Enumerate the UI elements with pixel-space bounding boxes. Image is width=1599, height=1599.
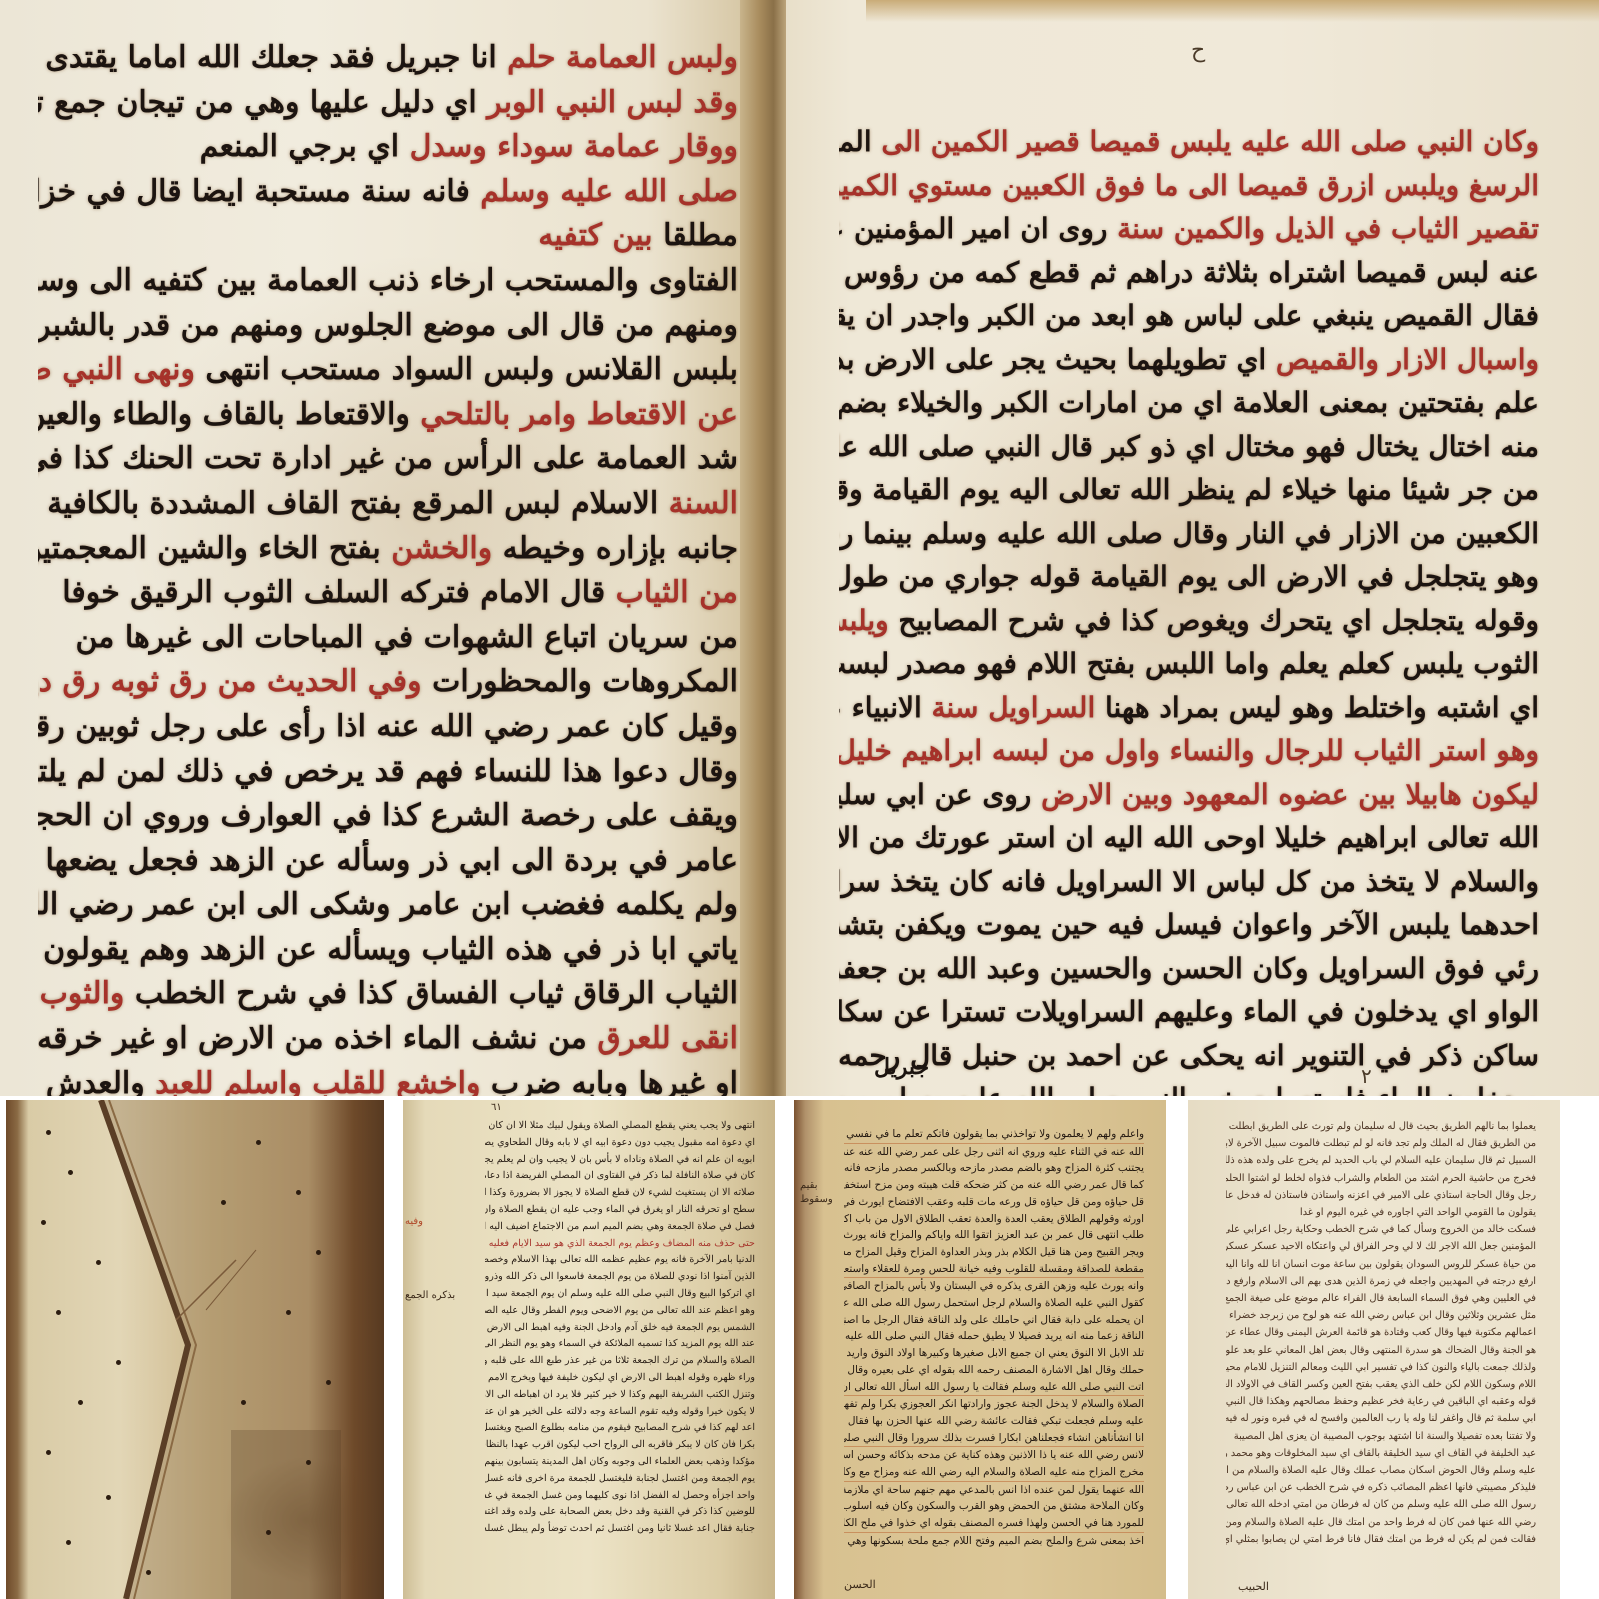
text-line: السبيل ثم قال سليمان عليه السلام لي باب …	[1226, 1152, 1536, 1169]
text-line: عامر في بردة الى ابي ذر وسأله عن الزهد ف…	[38, 839, 738, 884]
wormhole	[96, 1260, 101, 1265]
text-line: الثياب الرقاق ثياب الفساق كذا في شرح الخ…	[38, 972, 738, 1017]
text-line: الواو اي يدخلون في الماء وعليهم السراويل…	[839, 990, 1539, 1034]
text-line: الذين آمنوا اذا نودي للصلاة من يوم الجمع…	[485, 1269, 755, 1286]
text-line: ويجر القبيح ومن هنا قيل الكلام بذر وبذر …	[844, 1244, 1144, 1261]
margin-note: بذكره الجمع	[405, 1290, 455, 1301]
right-page: ح وكان النبي صلى الله عليه يلبس قميصا قص…	[786, 0, 1599, 1096]
text-line: الفتاوى والمستحب ارخاء ذنب العمامة بين ك…	[38, 259, 738, 304]
text-line: الكعبين من الازار في النار وقال صلى الله…	[839, 512, 1539, 556]
wormhole	[146, 1570, 151, 1575]
text-line: المكروهات والمحظورات وفي الحديث من رق ثو…	[38, 660, 738, 705]
text-line: فقال القميص ينبغي على لباس هو ابعد من ال…	[839, 294, 1539, 338]
wormhole	[256, 1140, 261, 1145]
margin-note: بقيم	[800, 1180, 818, 1191]
right-page-text: وكان النبي صلى الله عليه يلبس قميصا قصير…	[839, 120, 1539, 1096]
water-stain	[866, 0, 1599, 22]
text-line: كما قال عمر رضي الله عنه من كثر ضحكه قلت…	[844, 1177, 1144, 1194]
text-line: اللام وسكون اللام لكن خلف الذي يعقب بفتح…	[1226, 1376, 1536, 1393]
text-line: يجتنب كثرة المزاح وهو بالضم مصدر مازحه و…	[844, 1160, 1144, 1177]
text-line: هو الجنة وقال الضحاك هو سدرة المنتهى وقا…	[1226, 1342, 1536, 1359]
text-line: طلب انتهى قال عمر بن عبد العزيز اتقوا ال…	[844, 1227, 1144, 1244]
text-line: الله عنه في الثناء عليه وروي انه اثنى رج…	[844, 1144, 1144, 1161]
text-line: عليه وسلم فجعلت تبكي فقالت عائشة رضي الل…	[844, 1413, 1144, 1430]
text-line: وانه يورث عليه وزهن القرى يذكره في البست…	[844, 1278, 1144, 1295]
wormhole	[68, 1170, 73, 1175]
text-line: السنة الاسلام لبس المرقع بفتح القاف المش…	[38, 482, 738, 527]
text-line: وهو اعظم عند الله تعالى من يوم الاضحى وي…	[485, 1303, 755, 1320]
envelope-flap-icon	[6, 1100, 384, 1599]
thumbnail-page-c[interactable]: يعملوا بما نالهم الطريق بحيث قال له سليم…	[1188, 1100, 1560, 1599]
text-line: جانبه بإزاره وخيطه والخشن بفتح الخاء وال…	[38, 527, 738, 572]
text-line: جنابة فقال اعد غسلا ثانيا ومن اغتسل ثم ا…	[485, 1521, 755, 1538]
thumbnail-page-b[interactable]: بقيم وسقوط واعلم ولهم لا يعلمون ولا تواخ…	[794, 1100, 1166, 1599]
text-line: من سريان اتباع الشهوات في المباحات الى غ…	[38, 616, 738, 661]
text-line: ومنهم من قال الى موضع الجلوس ومنهم من قد…	[38, 304, 738, 349]
wormhole	[286, 1310, 291, 1315]
text-line: تلد الابل الا النوق يعني ان جميع الابل ص…	[844, 1345, 1144, 1362]
text-line: عند الله يوم المزيد كذا تسميه الملائكة ف…	[485, 1336, 755, 1353]
text-line: عليه وسلم وقال الحوض اسكان مصاب عملك وقا…	[1226, 1462, 1536, 1479]
text-line: وكان النبي صلى الله عليه يلبس قميصا قصير…	[839, 120, 1539, 164]
text-line: وقوله يتجلجل اي يتحرك ويغوص كذا في شرح ا…	[839, 599, 1539, 643]
wormhole	[221, 1200, 226, 1205]
page-b-text: واعلم ولهم لا يعلمون ولا تواخذني بما يقو…	[844, 1126, 1144, 1550]
text-line: من الثياب قال الامام فتركه السلف الثوب ا…	[38, 571, 738, 616]
text-line: من الطريق فقال له الملك ولم تجد فانه لو …	[1226, 1135, 1536, 1152]
text-line: اعد لهم كذا في شرح المصابيح فيقوم من منا…	[485, 1420, 755, 1437]
text-line: مقطعة للصداقة ومقسلة للقلوب وفيه خيانة ل…	[844, 1261, 1144, 1279]
text-line: اعمالهم مكتوبة فيها وقال كعب وقتادة هو ق…	[1226, 1324, 1536, 1341]
text-line: انتهى ولا يجب يعني يقطع المصلي الصلاة وي…	[485, 1118, 755, 1135]
wormhole	[56, 1310, 61, 1315]
text-line: فسكت خالد من الخروج وسأل كما في شرح الخط…	[1226, 1221, 1536, 1238]
text-line: ابويه ان علم انه في الصلاة وناداه لا بأس…	[485, 1152, 755, 1169]
text-line: مثل عشرين وثلاثين وقال ابن عباس رضي الله…	[1226, 1307, 1536, 1324]
text-line: فقالت فمن لم يكن له فرط من امتك فقال فان…	[1226, 1531, 1536, 1548]
text-line: واسبال الازار والقميص اي تطويلهما بحيث ي…	[839, 338, 1539, 382]
text-line: اي اشتبه واختلط وهو ليس بمراد ههنا السرا…	[839, 686, 1539, 730]
text-line: بلبس القلانس ولبس السواد مستحب انتهى ونه…	[38, 348, 738, 393]
text-line: عنه لبس قميصا اشتراه بثلاثة دراهم ثم قطع…	[839, 251, 1539, 295]
text-line: والسلام لا يتخذ من كل لباس الا السراويل …	[839, 860, 1539, 904]
text-line: انا انشأناهن انشاء فجعلناهن ابكارا فسرت …	[844, 1430, 1144, 1448]
text-line: ولبس العمامة حلم انا جبريل فقد جعلك الله…	[38, 36, 738, 81]
page-a-text: انتهى ولا يجب يعني يقطع المصلي الصلاة وي…	[485, 1118, 755, 1538]
text-line: شد العمامة على الرأس من غير ادارة تحت ال…	[38, 437, 738, 482]
text-line: مطلقا بين كتفيه	[38, 214, 738, 259]
text-line: المؤمنين جعل الله الاجر لك لا لي وحر الف…	[1226, 1238, 1536, 1255]
text-line: واعلم ولهم لا يعلمون ولا تواخذني بما يقو…	[844, 1126, 1144, 1144]
text-line: للوضين كذا ذكر في القنية وقد دخل بعض الص…	[485, 1504, 755, 1521]
text-line: الصلاة والسلام من ترك الجمعة ثلاثا من غي…	[485, 1353, 755, 1370]
text-line: وهو يتجلجل في الارض الى يوم القيامة قوله…	[839, 555, 1539, 599]
text-line: ابي سلمة ثم قال واغفر لنا وله يا رب العا…	[1226, 1410, 1536, 1427]
text-line: الله تعالى ابراهيم خليلا اوحى الله اليه …	[839, 816, 1539, 860]
text-line: علم بفتحتين بمعنى العلامة اي من امارات ا…	[839, 381, 1539, 425]
text-line: فليذكر مصيبتي فانها اعظم المصائب ذكره في…	[1226, 1479, 1536, 1496]
folio-mark: ح	[1191, 38, 1205, 63]
text-line: عن الاقتعاط وامر بالتلحي والاقتعاط بالقا…	[38, 393, 738, 438]
text-line: ليكون هابيلا بين عضوه المعهود وبين الارض…	[839, 773, 1539, 817]
text-line: تقصير الثياب في الذيل والكمين سنة روى ان…	[839, 207, 1539, 251]
text-line: يوم الجمعة ومن اغتسل لجنابة فليغتسل للجم…	[485, 1471, 755, 1488]
text-line: ويدخلون الماء فاستعملت خبر النبي صلى الل…	[839, 1077, 1539, 1096]
wormhole	[241, 1400, 246, 1405]
text-line: اتت النبي صلى الله عليه وسلم فقالت يا رس…	[844, 1379, 1144, 1397]
text-line: لانس رضي الله عنه يا ذا الاذنين وهذه كنا…	[844, 1447, 1144, 1464]
text-line: ويقف على رخصة الشرع كذا في العوارف وروي …	[38, 794, 738, 839]
text-line: الدنيا بامر الآخرة فانه يوم عظيم عظمه ال…	[485, 1252, 755, 1269]
text-line: وقال دعوا هذا للنساء فهم قد يرخص في ذلك …	[38, 750, 738, 795]
page-c-text: يعملوا بما نالهم الطريق بحيث قال له سليم…	[1226, 1118, 1536, 1548]
text-line: كان في صلاة النافلة لما ذكر في الفتاوى ا…	[485, 1168, 755, 1185]
thumbnail-cover[interactable]	[6, 1100, 384, 1599]
text-line: من جر شيئا منها خيلاء لم ينظر الله تعالى…	[839, 468, 1539, 512]
text-line: الصلاة والسلام لا يدخل الجنة عجوز وارادت…	[844, 1396, 1144, 1413]
text-line: لا يكون خيرا وقوله وفيه تقوم الساعة وجه …	[485, 1404, 755, 1421]
text-line: وراء ظهره وقوله اهبط الى الارض اي ليكون …	[485, 1370, 755, 1387]
text-line: اي دعوة امه مقبول يجيب دون دعوة ابيه اي …	[485, 1135, 755, 1152]
text-line: وهو استر الثياب للرجال والنساء واول من ل…	[839, 729, 1539, 773]
wormhole	[66, 1540, 71, 1545]
text-line: انقى للعرق من نشف الماء اخذه من الارض او…	[38, 1017, 738, 1062]
text-line: ووقار عمامة سوداء وسدل اي برجي المنعم	[38, 125, 738, 170]
text-line: حتى حذف منه المضاف وعظم يوم الجمعة الذي …	[485, 1236, 755, 1253]
text-line: حملك وقال اهل الاشارة المصنف رحمه الله ب…	[844, 1362, 1144, 1379]
text-line: منه اختال يختال فهو مختال اي ذو كبر قال …	[839, 425, 1539, 469]
thumbnail-page-a[interactable]: ٦١ وفيه بذكره الجمع انتهى ولا يجب يعني ي…	[403, 1100, 775, 1599]
text-line: وتنزل الكتب الشريفة اليهم وكذا لا خير كث…	[485, 1387, 755, 1404]
text-line: الثوب يلبس كعلم يعلم واما اللبس بفتح الل…	[839, 642, 1539, 686]
wormhole	[46, 1130, 51, 1135]
wormhole	[316, 1250, 321, 1255]
text-line: ولم يكلمه فغضب ابن عامر وشكى الى ابن عمر…	[38, 883, 738, 928]
thumbnail-row: ٦١ وفيه بذكره الجمع انتهى ولا يجب يعني ي…	[0, 1096, 1599, 1599]
wormhole	[266, 1530, 271, 1535]
left-page: ولبس العمامة حلم انا جبريل فقد جعلك الله…	[0, 0, 762, 1096]
text-line: ياتي ابا ذر في هذه الثياب ويسأله عن الزه…	[38, 928, 738, 973]
text-line: ان يحمله على دابة فقال اني حاملك على ولد…	[844, 1312, 1144, 1329]
text-line: اورثه وقولهم الطلاق يعقب العدة والعدة تع…	[844, 1211, 1144, 1228]
wormhole	[46, 1450, 51, 1455]
text-line: رجل وقال الحاجة استاذي على الامير في اعز…	[1226, 1187, 1536, 1204]
text-line: او غيرها وبابه ضرب واخشع للقلب واسلم للع…	[38, 1062, 738, 1096]
text-line: بكرا فان كان لا يبكر فاقربه الى الرواح ا…	[485, 1437, 755, 1454]
manuscript-spread: ولبس العمامة حلم انا جبريل فقد جعلك الله…	[0, 0, 1599, 1096]
text-line: الناقة زعما منه انه يريد فصيلا لا يطيق ح…	[844, 1328, 1144, 1345]
text-line: ولذلك جمعت بالياء والنون كذا في تفسير اب…	[1226, 1359, 1536, 1376]
text-line: وقيل كان عمر رضي الله عنه اذا رأى على رج…	[38, 705, 738, 750]
text-line: فخرج من حاشية الحرم اشتد من الطعام والشر…	[1226, 1170, 1536, 1187]
text-line: من حياة عسكر للروس السودان يقولون بين سا…	[1226, 1256, 1536, 1273]
wormhole	[326, 1380, 331, 1385]
text-line: كقول النبي عليه الصلاة والسلام لرجل استح…	[844, 1295, 1144, 1312]
text-line: وقد لبس النبي الوبر اي دليل عليها وهي من…	[38, 81, 738, 126]
text-line: صلاته الا ان يستغيث لشيء لان قطع الصلاة …	[485, 1185, 755, 1202]
text-line: ساكن ذكر في التنوير انه يحكى عن احمد بن …	[839, 1034, 1539, 1078]
wormhole	[306, 1460, 311, 1465]
text-line: وكان الملاحة مشتق من الحمض وهو القرب وال…	[844, 1498, 1144, 1515]
text-line: الشمس يوم الجمعة فيه خلق آدم وادخل الجنة…	[485, 1320, 755, 1337]
wormhole	[41, 1220, 46, 1225]
text-line: قل حياؤه ومن قل حياؤه قل ورعه مات قلبه و…	[844, 1194, 1144, 1211]
text-line: يعملوا بما نالهم الطريق بحيث قال له سليم…	[1226, 1118, 1536, 1135]
text-line: اي اتركوا البيع وقال النبي صلى الله عليه…	[485, 1286, 755, 1303]
text-line: يقولون ما القومي الواحد التي اجاوره في غ…	[1226, 1204, 1536, 1221]
text-line: اخذ بمعنى شرع والملح بضم الميم وفتح اللا…	[844, 1533, 1144, 1550]
text-line: عيد الخليفة في القاف اي سيد الخليقة بالق…	[1226, 1445, 1536, 1462]
page-number: ٢	[1361, 1064, 1372, 1088]
text-line: مؤكدا وذهب بعض العلماء الى وجوبه وكان اه…	[485, 1454, 755, 1471]
text-line: رئي فوق السراويل وكان الحسن والحسين وعبد…	[839, 947, 1539, 991]
text-line: رسول الله صلى الله عليه وسلم من كان له ف…	[1226, 1496, 1536, 1513]
catchword: الحبيب	[1238, 1580, 1269, 1593]
text-line: رضي الله عنها فمن كان له فرط واحد من امت…	[1226, 1514, 1536, 1531]
margin-note: وفيه	[405, 1216, 423, 1227]
text-line: فصل في صلاة الجمعة وهي بضم الميم اسم من …	[485, 1219, 755, 1236]
left-page-text: ولبس العمامة حلم انا جبريل فقد جعلك الله…	[38, 36, 738, 1096]
text-line: ولا تفتنا بعده تفصيلا والسنة انا اشتهد ب…	[1226, 1428, 1536, 1445]
text-line: سطح او تحرقه النار او يغرق في الماء وجب …	[485, 1202, 755, 1219]
text-line: الرسغ ويلبس ازرق قميصا الى ما فوق الكعبي…	[839, 164, 1539, 208]
book-gutter	[740, 0, 788, 1096]
text-line: صلى الله عليه وسلم فانه سنة مستحبة ايضا …	[38, 170, 738, 215]
margin-note: وسقوط	[800, 1194, 833, 1205]
catchword: جبريل	[874, 1054, 929, 1080]
text-line: واحد اجزأه وحصل له الفضل اذا نوى كليهما …	[485, 1488, 755, 1505]
folio-mark: ٦١	[491, 1102, 502, 1113]
text-line: احدهما يلبس الآخر واعوان فيسل فيه حين يم…	[839, 903, 1539, 947]
wormhole	[106, 1495, 111, 1500]
catchword: الحسن	[844, 1578, 876, 1591]
text-line: ارفع درجته في المهديين واجعله في زمرة ال…	[1226, 1273, 1536, 1290]
text-line: مخرج المزاح منه عليه الصلاة والسلام اليه…	[844, 1464, 1144, 1482]
wormhole	[296, 1190, 301, 1195]
text-line: الله عنهما يقول لمن عنده اذا انس بالمدعي…	[844, 1482, 1144, 1499]
text-line: في العليين وهي فوق السماء السابعة قال ال…	[1226, 1290, 1536, 1307]
text-line: للمورد هنا في الحسن ولهذا فسره المصنف بق…	[844, 1515, 1144, 1533]
wormhole	[78, 1400, 83, 1405]
text-line: قوله وعقبه اي الباقين في رعاية فخر عظيم …	[1226, 1393, 1536, 1410]
wormhole	[116, 1360, 121, 1365]
